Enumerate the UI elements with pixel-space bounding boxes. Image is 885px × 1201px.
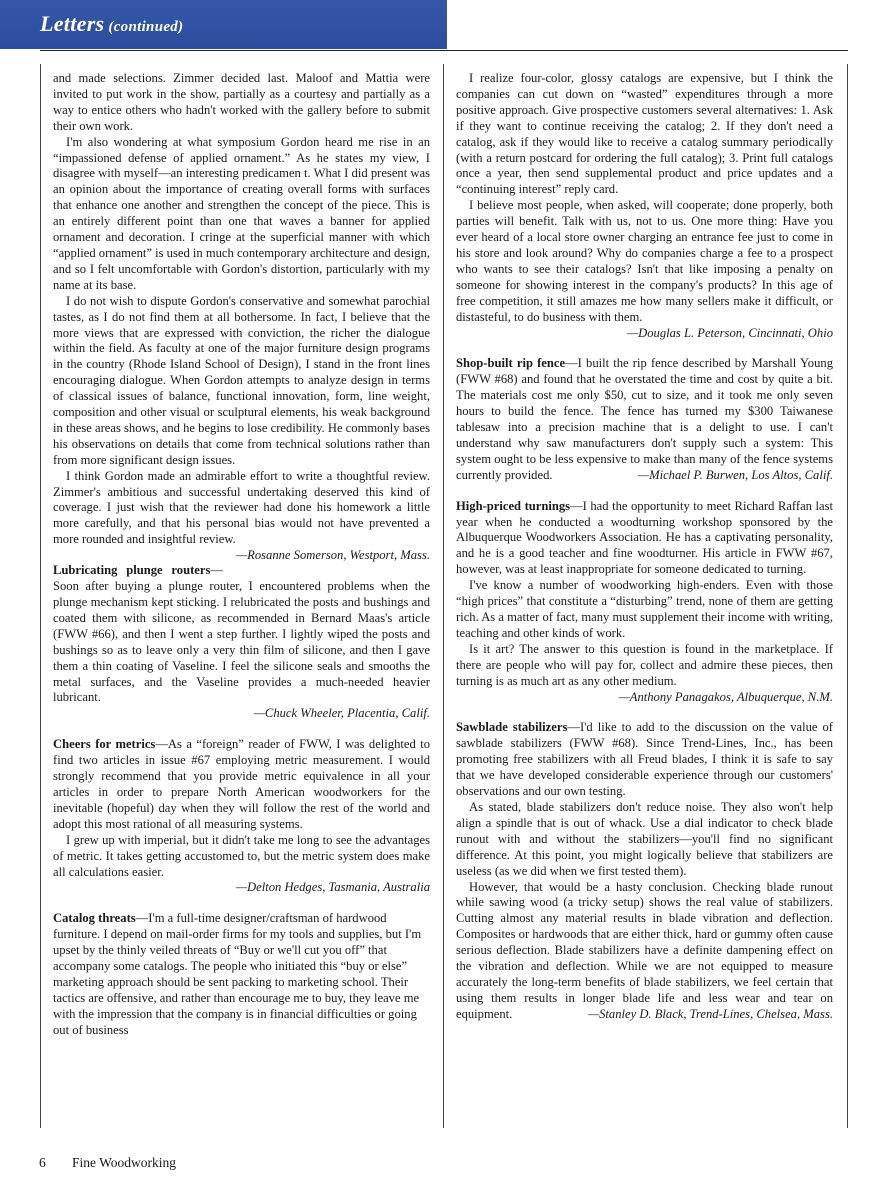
- signature: —Stanley D. Black, Trend-Lines, Chelsea,…: [575, 1007, 833, 1023]
- paragraph: High-priced turnings—I had the opportuni…: [456, 499, 833, 579]
- paragraph: I'm also wondering at what symposium Gor…: [53, 135, 430, 294]
- letter-heading: Sawblade stabilizers: [456, 720, 567, 734]
- paragraph: Shop-built rip fence—I built the rip fen…: [456, 356, 833, 483]
- paragraph-text: I think Gordon made an admirable effort …: [53, 469, 430, 547]
- page-footer: 6Fine Woodworking: [39, 1155, 176, 1171]
- paragraph: Catalog threats—I'm a full-time designer…: [53, 911, 430, 1038]
- section-title: Letters(continued): [40, 11, 183, 37]
- signature: —Delton Hedges, Tasmania, Australia: [53, 880, 430, 896]
- paragraph: I do not wish to dispute Gordon's conser…: [53, 294, 430, 469]
- signature: —Anthony Panagakos, Albuquerque, N.M.: [456, 690, 833, 706]
- letter-rip-fence: Shop-built rip fence—I built the rip fen…: [456, 356, 833, 483]
- header-rule: [40, 50, 848, 51]
- paragraph-text: —As a “foreign” reader of FWW, I was del…: [53, 737, 430, 831]
- paragraph: I think Gordon made an admirable effort …: [53, 469, 430, 549]
- signature: —Michael P. Burwen, Los Altos, Calif.: [638, 468, 833, 484]
- paragraph: I realize four-color, glossy catalogs ar…: [456, 71, 833, 198]
- paragraph: Cheers for metrics—As a “foreign” reader…: [53, 737, 430, 832]
- page-number: 6: [39, 1155, 72, 1171]
- signature: —Rosanne Somerson, Westport, Mass.: [223, 548, 430, 564]
- paragraph: Lubricating plunge routers—Soon after bu…: [53, 563, 430, 706]
- paragraph: I've know a number of woodworking high-e…: [456, 578, 833, 642]
- right-column: I realize four-color, glossy catalogs ar…: [456, 71, 833, 1038]
- left-column: and made selections. Zimmer decided last…: [53, 71, 430, 1054]
- letter-heading: Catalog threats: [53, 911, 136, 925]
- letter-sawblade-stabilizers: Sawblade stabilizers—I'd like to add to …: [456, 720, 833, 1022]
- paragraph: I believe most people, when asked, will …: [456, 198, 833, 325]
- left-margin-rule: [40, 64, 41, 1128]
- letter-plunge-routers: Lubricating plunge routers—Soon after bu…: [53, 563, 430, 722]
- paragraph: Is it art? The answer to this question i…: [456, 642, 833, 690]
- paragraph-text: —Soon after buying a plunge router, I en…: [53, 563, 430, 704]
- paragraph: Sawblade stabilizers—I'd like to add to …: [456, 720, 833, 800]
- column-divider-rule: [443, 64, 444, 1128]
- paragraph-text: However, that would be a hasty conclusio…: [456, 880, 833, 1021]
- paragraph: I grew up with imperial, but it didn't t…: [53, 833, 430, 881]
- paragraph: However, that would be a hasty conclusio…: [456, 880, 833, 1023]
- paragraph-text: —I built the rip fence described by Mar­…: [456, 356, 833, 481]
- right-margin-rule: [847, 64, 848, 1128]
- letter-continuation-peterson: I realize four-color, glossy catalogs ar…: [456, 71, 833, 341]
- paragraph-text: —I'm a full-time designer/craftsman of h…: [53, 911, 421, 1036]
- letter-heading: Shop-built rip fence: [456, 356, 565, 370]
- letter-catalog-threats: Catalog threats—I'm a full-time designer…: [53, 911, 430, 1038]
- letter-heading: High-priced turnings: [456, 499, 570, 513]
- section-banner: Letters(continued): [0, 0, 447, 49]
- publication-name: Fine Woodworking: [72, 1155, 176, 1170]
- section-subtitle: (continued): [108, 19, 183, 35]
- letter-heading: Lubricating plunge routers: [53, 563, 210, 577]
- letter-heading: Cheers for metrics: [53, 737, 155, 751]
- signature: —Chuck Wheeler, Placentia, Calif.: [53, 706, 430, 722]
- signature: —Douglas L. Peterson, Cincinnati, Ohio: [456, 326, 833, 342]
- letter-metrics: Cheers for metrics—As a “foreign” reader…: [53, 737, 430, 896]
- letter-continuation-somerson: and made selections. Zimmer decided last…: [53, 71, 430, 548]
- paragraph: and made selections. Zimmer decided last…: [53, 71, 430, 135]
- paragraph: As stated, blade stabilizers don't reduc…: [456, 800, 833, 880]
- section-title-text: Letters: [40, 11, 104, 36]
- letter-high-priced-turnings: High-priced turnings—I had the opportuni…: [456, 499, 833, 706]
